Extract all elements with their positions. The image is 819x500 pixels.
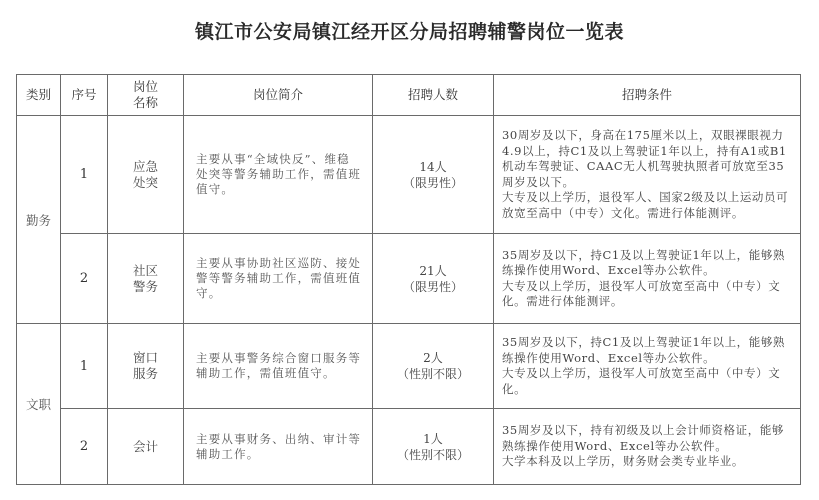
count-note: （限男性） [373, 175, 493, 191]
seq-cell: 1 [61, 324, 108, 409]
requirement-line: 35周岁及以下，持C1及以上驾驶证1年以上，能够熟练操作使用Word、Excel… [502, 335, 790, 366]
position-name-line1: 社区 [108, 263, 183, 279]
count-cell: 14人 （限男性） [373, 116, 494, 234]
table-row: 2 会计 主要从事财务、出纳、审计等辅助工作。 1人 （性别不限） 35周岁及以… [17, 409, 801, 485]
position-name-line2: 服务 [108, 366, 183, 382]
header-position-name: 岗位 名称 [108, 75, 184, 116]
seq-cell: 1 [61, 116, 108, 234]
position-name-line1: 应急 [108, 159, 183, 175]
header-name-line1: 岗位 [108, 79, 183, 95]
recruitment-table: 类别 序号 岗位 名称 岗位简介 招聘人数 招聘条件 勤务 1 应急 处突 主要… [16, 74, 801, 485]
position-name-cell: 社区 警务 [108, 234, 184, 324]
count-note: （限男性） [373, 279, 493, 295]
requirements-cell: 30周岁及以下，身高在175厘米以上，双眼裸眼视力4.9以上，持C1及以上驾驶证… [494, 116, 801, 234]
header-intro: 岗位简介 [184, 75, 373, 116]
position-name-line1: 窗口 [108, 350, 183, 366]
seq-cell: 2 [61, 234, 108, 324]
requirement-line: 35周岁及以下，持有初级及以上会计师资格证，能够熟练操作使用Word、Excel… [502, 423, 790, 454]
position-name-line2: 警务 [108, 279, 183, 295]
table-row: 2 社区 警务 主要从事协助社区巡防、接处警等警务辅助工作，需值班值守。 21人… [17, 234, 801, 324]
count-cell: 1人 （性别不限） [373, 409, 494, 485]
requirement-line: 大专及以上学历，退役军人、国家2级及以上运动员可放宽至高中（中专）文化。需进行体… [502, 190, 790, 221]
seq-cell: 2 [61, 409, 108, 485]
count-note: （性别不限） [373, 366, 493, 382]
intro-cell: 主要从事“全域快反”、维稳处突等警务辅助工作，需值班值守。 [184, 116, 373, 234]
intro-cell: 主要从事警务综合窗口服务等辅助工作，需值班值守。 [184, 324, 373, 409]
position-name-cell: 会计 [108, 409, 184, 485]
requirement-line: 大学本科及以上学历，财务财会类专业毕业。 [502, 454, 790, 470]
header-seq: 序号 [61, 75, 108, 116]
count-value: 21人 [373, 263, 493, 279]
count-value: 1人 [373, 431, 493, 447]
requirements-cell: 35周岁及以下，持C1及以上驾驶证1年以上，能够熟练操作使用Word、Excel… [494, 324, 801, 409]
count-value: 14人 [373, 159, 493, 175]
requirement-line: 35周岁及以下，持C1及以上驾驶证1年以上，能够熟练操作使用Word、Excel… [502, 248, 790, 279]
requirement-line: 大专及以上学历，退役军人可放宽至高中（中专）文化。需进行体能测评。 [502, 279, 790, 310]
position-name-line1: 会计 [108, 439, 183, 455]
intro-cell: 主要从事协助社区巡防、接处警等警务辅助工作，需值班值守。 [184, 234, 373, 324]
count-note: （性别不限） [373, 447, 493, 463]
category-cell: 勤务 [17, 116, 61, 324]
count-cell: 2人 （性别不限） [373, 324, 494, 409]
position-name-cell: 窗口 服务 [108, 324, 184, 409]
page-title: 镇江市公安局镇江经开区分局招聘辅警岗位一览表 [0, 17, 819, 44]
requirements-cell: 35周岁及以下，持C1及以上驾驶证1年以上，能够熟练操作使用Word、Excel… [494, 234, 801, 324]
requirement-line: 大专及以上学历，退役军人可放宽至高中（中专）文化。 [502, 366, 790, 397]
requirements-cell: 35周岁及以下，持有初级及以上会计师资格证，能够熟练操作使用Word、Excel… [494, 409, 801, 485]
count-value: 2人 [373, 350, 493, 366]
intro-cell: 主要从事财务、出纳、审计等辅助工作。 [184, 409, 373, 485]
category-cell: 文职 [17, 324, 61, 485]
position-name-line2: 处突 [108, 175, 183, 191]
position-name-cell: 应急 处突 [108, 116, 184, 234]
header-name-line2: 名称 [108, 95, 183, 111]
header-count: 招聘人数 [373, 75, 494, 116]
requirement-line: 30周岁及以下，身高在175厘米以上，双眼裸眼视力4.9以上，持C1及以上驾驶证… [502, 128, 790, 190]
table-row: 勤务 1 应急 处突 主要从事“全域快反”、维稳处突等警务辅助工作，需值班值守。… [17, 116, 801, 234]
header-row: 类别 序号 岗位 名称 岗位简介 招聘人数 招聘条件 [17, 75, 801, 116]
header-requirements: 招聘条件 [494, 75, 801, 116]
header-category: 类别 [17, 75, 61, 116]
count-cell: 21人 （限男性） [373, 234, 494, 324]
table-row: 文职 1 窗口 服务 主要从事警务综合窗口服务等辅助工作，需值班值守。 2人 （… [17, 324, 801, 409]
